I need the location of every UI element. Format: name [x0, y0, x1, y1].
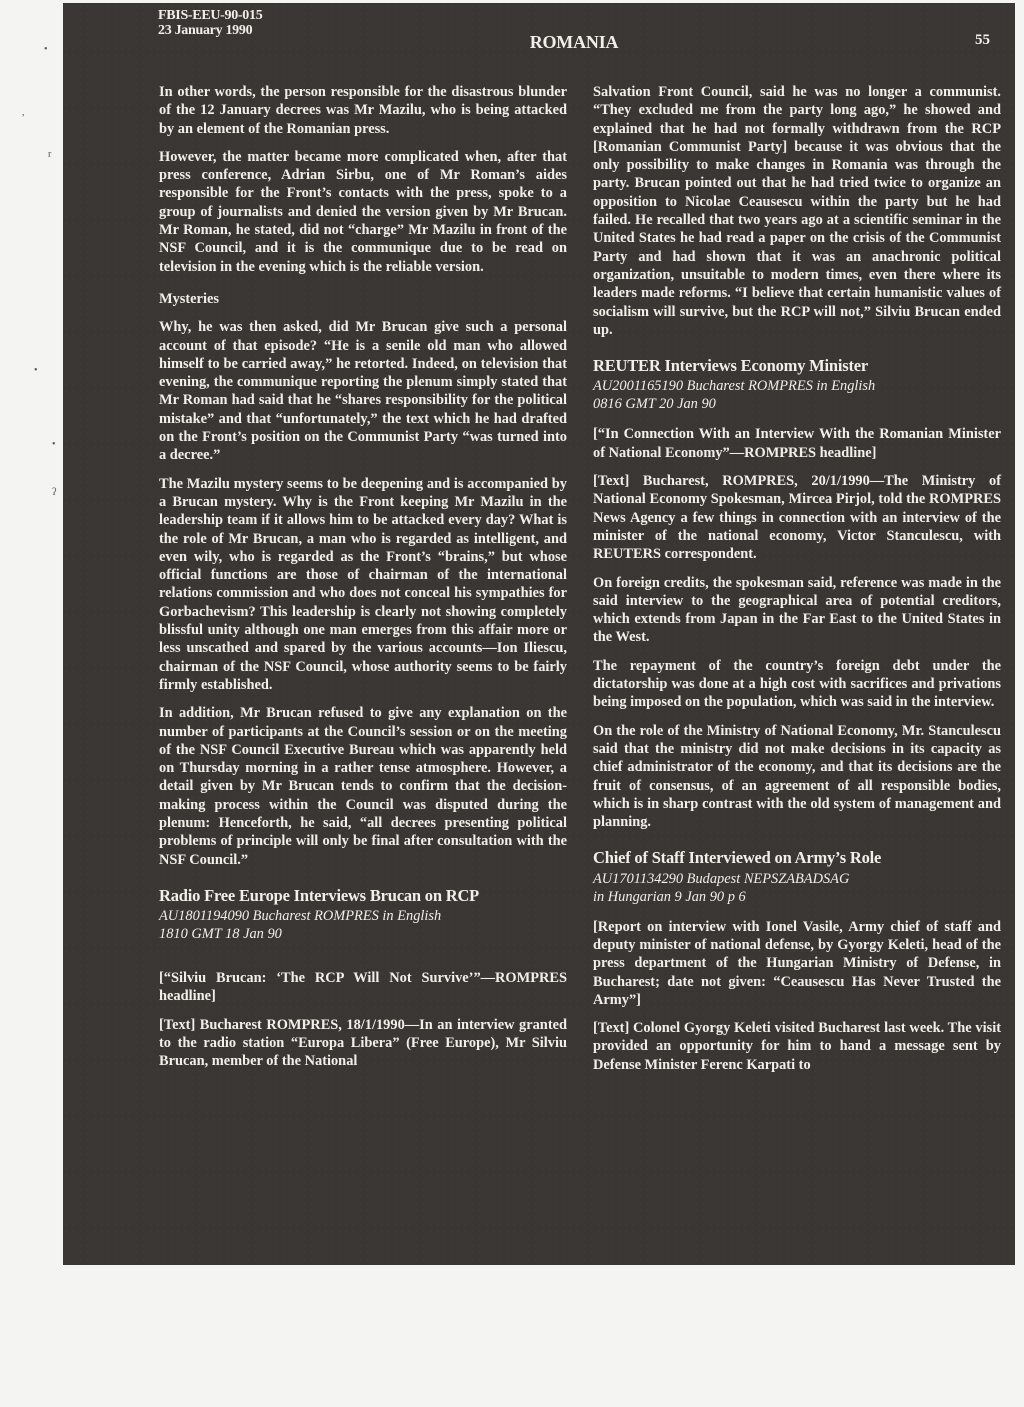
- subheading-mysteries: Mysteries: [159, 290, 567, 308]
- article-source-line: AU1701134290 Budapest NEPSZABADSAG in Hu…: [593, 870, 1001, 906]
- article-title: REUTER Interviews Economy Minister: [593, 357, 1001, 375]
- paragraph: On foreign credits, the spokesman said, …: [593, 574, 1001, 647]
- scan-speck: •: [52, 440, 56, 450]
- left-column: In other words, the person responsible f…: [159, 83, 567, 1081]
- document-id: FBIS-EEU-90-015: [158, 8, 262, 23]
- section-title: ROMANIA: [158, 32, 990, 53]
- right-column: Salvation Front Council, said he was no …: [593, 83, 1001, 1084]
- paragraph: [Text] Bucharest ROMPRES, 18/1/1990—In a…: [159, 1016, 567, 1071]
- page-header: FBIS-EEU-90-015 23 January 1990 ROMANIA …: [158, 8, 990, 56]
- article-headline-note: [“In Connection With an Interview With t…: [593, 425, 1001, 462]
- article-chief-of-staff: Chief of Staff Interviewed on Army’s Rol…: [593, 849, 1001, 1074]
- paragraph: The Mazilu mystery seems to be deepening…: [159, 475, 567, 695]
- article-reuter-economy-minister: REUTER Interviews Economy Minister AU200…: [593, 357, 1001, 831]
- paragraph: Why, he was then asked, did Mr Brucan gi…: [159, 318, 567, 464]
- article-title: Radio Free Europe Interviews Brucan on R…: [159, 887, 567, 905]
- scan-speck: •: [34, 366, 38, 376]
- page-number: 55: [975, 32, 990, 49]
- article-title: Chief of Staff Interviewed on Army’s Rol…: [593, 849, 1001, 867]
- paragraph: [Text] Bucharest, ROMPRES, 20/1/1990—The…: [593, 472, 1001, 563]
- article-headline-note: [“Silviu Brucan: ‘The RCP Will Not Survi…: [159, 969, 567, 1006]
- paragraph: However, the matter became more complica…: [159, 148, 567, 276]
- article-headline-note: [Report on interview with Ionel Vasile, …: [593, 918, 1001, 1009]
- scan-speck: •: [44, 45, 48, 55]
- paragraph: Salvation Front Council, said he was no …: [593, 83, 1001, 339]
- paragraph: In other words, the person responsible f…: [159, 83, 567, 138]
- paragraph: [Text] Colonel Gyorgy Keleti visited Buc…: [593, 1019, 1001, 1074]
- paragraph: The repayment of the country’s foreign d…: [593, 657, 1001, 712]
- article-radio-free-europe: Radio Free Europe Interviews Brucan on R…: [159, 887, 567, 1071]
- article-source-line: AU2001165190 Bucharest ROMPRES in Englis…: [593, 377, 1001, 413]
- scan-speck: r: [48, 150, 51, 160]
- article-source-line: AU1801194090 Bucharest ROMPRES in Englis…: [159, 907, 567, 943]
- scan-speck: ʔ: [52, 488, 56, 498]
- paragraph: In addition, Mr Brucan refused to give a…: [159, 704, 567, 869]
- paragraph: On the role of the Ministry of National …: [593, 722, 1001, 832]
- scan-speck: ,: [22, 108, 25, 118]
